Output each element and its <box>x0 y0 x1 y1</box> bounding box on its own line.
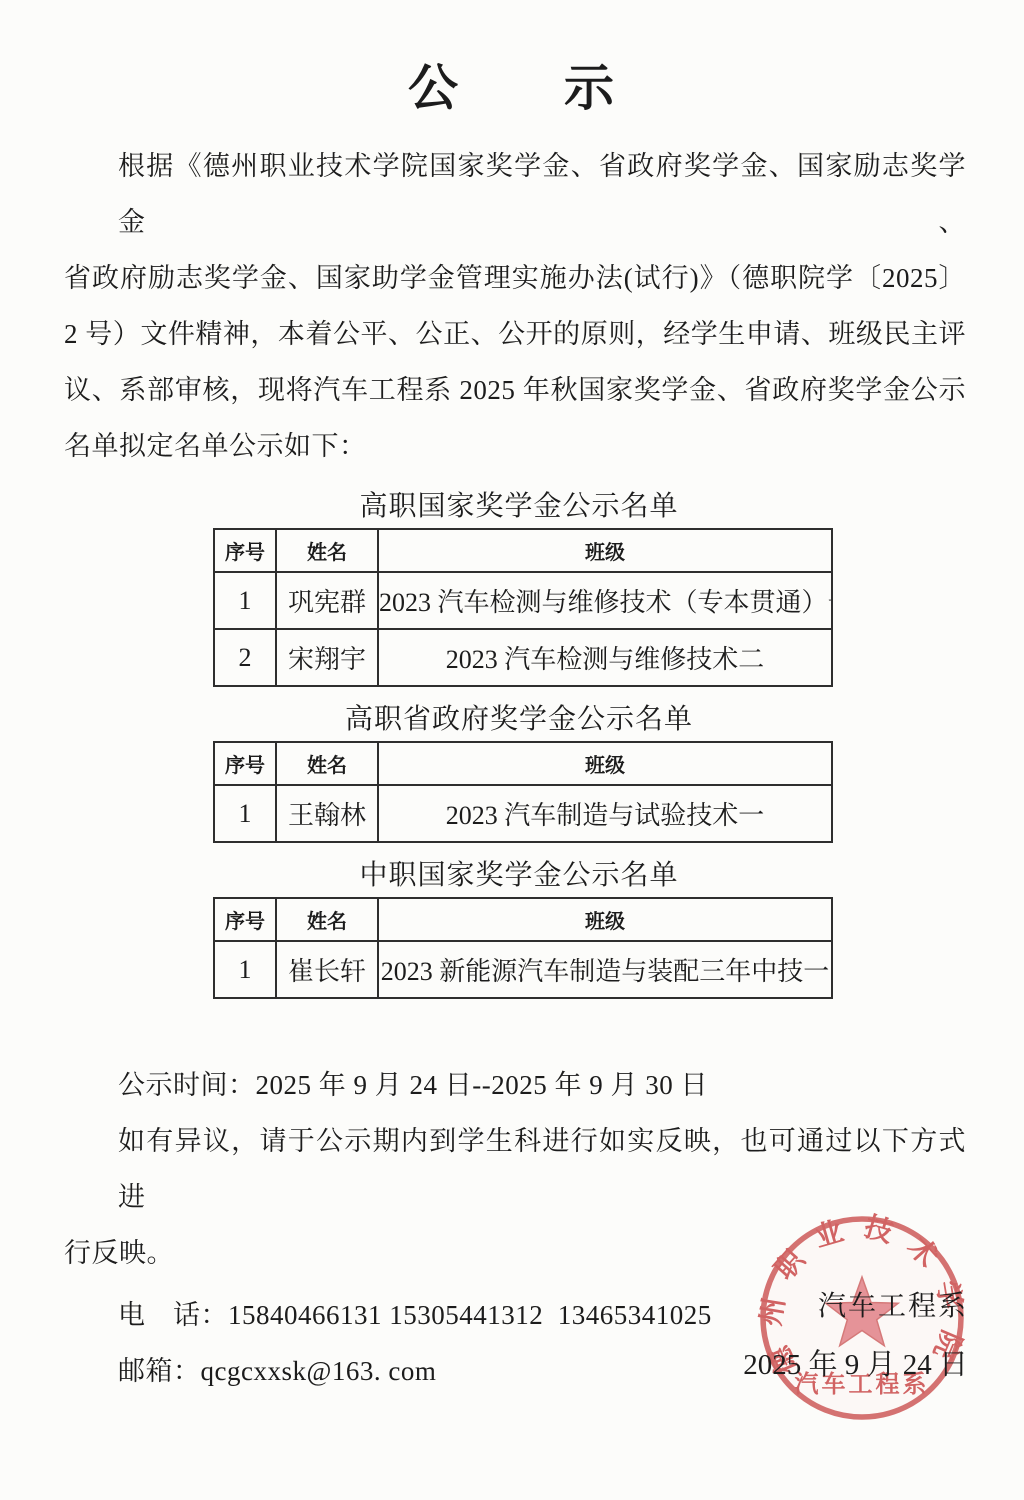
national-scholarship-section: 高职国家奖学金公示名单 序号 姓名 班级 1 巩宪群 2023 汽车检测与维修技… <box>213 486 825 687</box>
paragraph-line: 议、系部审核，现将汽车工程系 2025 年秋国家奖学金、省政府奖学金公示 <box>64 362 966 418</box>
intro-paragraph: 根据《德州职业技术学院国家奖学金、省政府奖学金、国家励志奖学金、 省政府励志奖学… <box>64 138 966 474</box>
cell-name: 王翰林 <box>276 785 378 842</box>
paragraph-line: 2 号）文件精神，本着公平、公正、公开的原则，经学生申请、班级民主评 <box>64 306 966 362</box>
cell-no: 1 <box>214 941 276 998</box>
table-caption: 高职省政府奖学金公示名单 <box>213 699 825 741</box>
cell-no: 2 <box>214 629 276 686</box>
paragraph-line: 根据《德州职业技术学院国家奖学金、省政府奖学金、国家励志奖学金、 <box>64 138 966 250</box>
publicity-period-line: 公示时间：2025 年 9 月 24 日--2025 年 9 月 30 日 <box>64 1057 966 1113</box>
page-title: 公 示 <box>0 56 1024 120</box>
table-row: 1 巩宪群 2023 汽车检测与维修技术（专本贯通）一 <box>214 572 832 629</box>
header-cell-class: 班级 <box>378 529 832 572</box>
cell-class: 2023 汽车制造与试验技术一 <box>378 785 832 842</box>
signature-date: 2025 年 9 月 24 日 <box>743 1348 968 1382</box>
header-cell-no: 序号 <box>214 742 276 785</box>
cell-class: 2023 新能源汽车制造与装配三年中技一 <box>378 941 832 998</box>
secondary-scholarship-table: 序号 姓名 班级 1 崔长轩 2023 新能源汽车制造与装配三年中技一 <box>213 897 833 999</box>
table-header-row: 序号 姓名 班级 <box>214 898 832 941</box>
table-caption: 中职国家奖学金公示名单 <box>213 855 825 897</box>
provincial-scholarship-section: 高职省政府奖学金公示名单 序号 姓名 班级 1 王翰林 2023 汽车制造与试验… <box>213 699 825 843</box>
table-row: 1 崔长轩 2023 新能源汽车制造与装配三年中技一 <box>214 941 832 998</box>
paragraph-line: 名单拟定名单公示如下： <box>64 418 966 474</box>
header-cell-name: 姓名 <box>276 742 378 785</box>
cell-name: 宋翔宇 <box>276 629 378 686</box>
cell-no: 1 <box>214 572 276 629</box>
table-row: 1 王翰林 2023 汽车制造与试验技术一 <box>214 785 832 842</box>
header-cell-no: 序号 <box>214 529 276 572</box>
cell-no: 1 <box>214 785 276 842</box>
header-cell-name: 姓名 <box>276 529 378 572</box>
paragraph-line: 省政府励志奖学金、国家助学金管理实施办法(试行)》（德职院学〔2025〕 <box>64 250 966 306</box>
header-cell-name: 姓名 <box>276 898 378 941</box>
cell-class: 2023 汽车检测与维修技术二 <box>378 629 832 686</box>
table-row: 2 宋翔宇 2023 汽车检测与维修技术二 <box>214 629 832 686</box>
secondary-scholarship-section: 中职国家奖学金公示名单 序号 姓名 班级 1 崔长轩 2023 新能源汽车制造与… <box>213 855 825 999</box>
header-cell-class: 班级 <box>378 742 832 785</box>
document-page: 公 示 根据《德州职业技术学院国家奖学金、省政府奖学金、国家励志奖学金、 省政府… <box>0 0 1024 1500</box>
header-cell-no: 序号 <box>214 898 276 941</box>
national-scholarship-table: 序号 姓名 班级 1 巩宪群 2023 汽车检测与维修技术（专本贯通）一 2 宋… <box>213 528 833 687</box>
cell-name: 巩宪群 <box>276 572 378 629</box>
cell-name: 崔长轩 <box>276 941 378 998</box>
signature-block: 汽车工程系 2025 年 9 月 24 日 <box>743 1290 968 1382</box>
signature-department: 汽车工程系 <box>743 1290 968 1324</box>
cell-class: 2023 汽车检测与维修技术（专本贯通）一 <box>378 572 832 629</box>
header-cell-class: 班级 <box>378 898 832 941</box>
provincial-scholarship-table: 序号 姓名 班级 1 王翰林 2023 汽车制造与试验技术一 <box>213 741 833 843</box>
table-header-row: 序号 姓名 班级 <box>214 742 832 785</box>
table-header-row: 序号 姓名 班级 <box>214 529 832 572</box>
table-caption: 高职国家奖学金公示名单 <box>213 486 825 528</box>
